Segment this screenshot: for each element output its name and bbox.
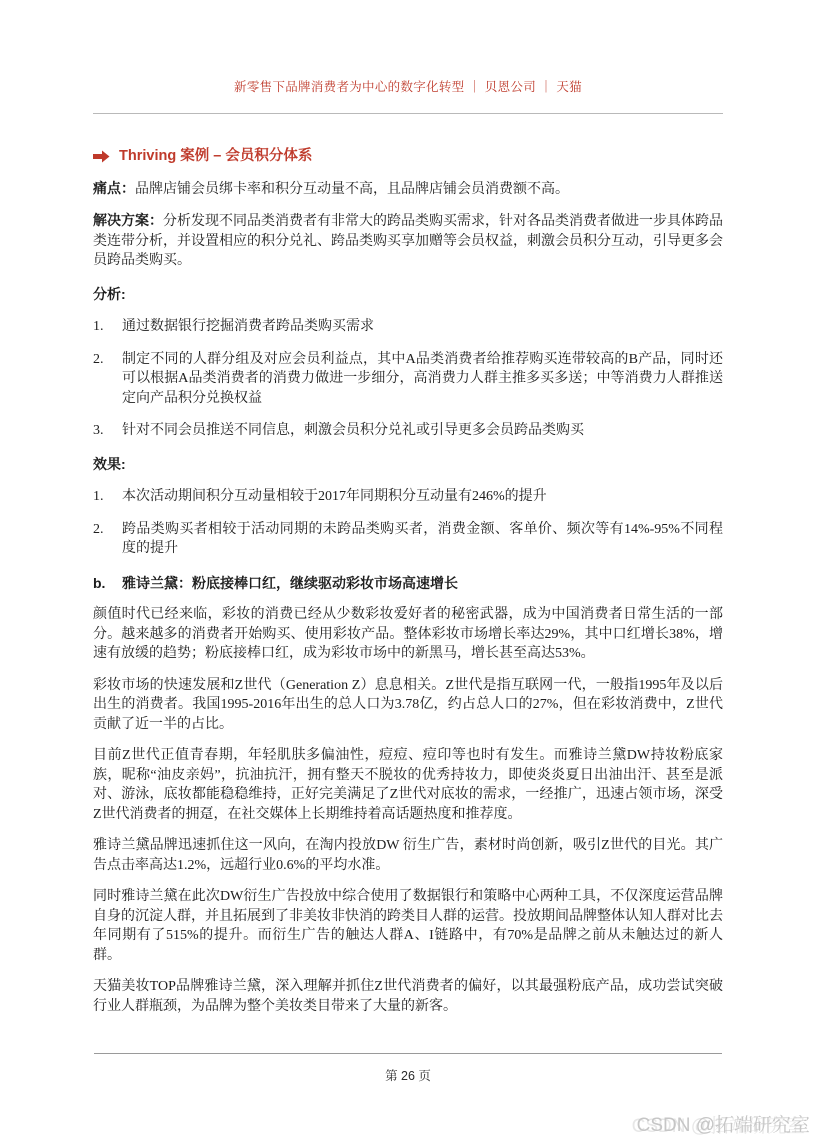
body-paragraph: 雅诗兰黛品牌迅速抓住这一风向，在淘内投放DW 衍生广告，素材时尚创新，吸引Z世代… bbox=[93, 836, 723, 875]
list-item-text: 针对不同会员推送不同信息，刺激会员积分兑礼或引导更多会员跨品类购买 bbox=[122, 421, 723, 441]
list-item-number: 1. bbox=[93, 317, 122, 337]
arrow-right-icon bbox=[93, 150, 110, 163]
list-item-number: 2. bbox=[93, 520, 122, 559]
body-paragraph: 目前Z世代正值青春期，年轻肌肤多偏油性，痘痘、痘印等也时有发生。而雅诗兰黛DW持… bbox=[93, 746, 723, 824]
body-paragraph: 彩妆市场的快速发展和Z世代（Generation Z）息息相关。Z世代是指互联网… bbox=[93, 676, 723, 735]
pain-point-paragraph: 痛点：品牌店铺会员绑卡率和积分互动量不高，且品牌店铺会员消费额不高。 bbox=[93, 179, 723, 200]
analysis-label: 分析: bbox=[93, 285, 723, 305]
solution-text: 分析发现不同品类消费者有非常大的跨品类购买需求，针对各品类消费者做进一步具体跨品… bbox=[93, 214, 723, 268]
body-paragraph: 天猫美妆TOP品牌雅诗兰黛，深入理解并抓住Z世代消费者的偏好，以其最强粉底产品，… bbox=[93, 977, 723, 1016]
sub-section-heading: b. 雅诗兰黛：粉底接棒口红，继续驱动彩妆市场高速增长 bbox=[93, 574, 723, 594]
effect-label: 效果: bbox=[93, 455, 723, 475]
list-item-number: 1. bbox=[93, 487, 122, 507]
case-heading-text: Thriving 案例 – 会员积分体系 bbox=[119, 147, 312, 167]
effect-list: 1. 本次活动期间积分互动量相较于2017年同期积分互动量有246%的提升 2.… bbox=[93, 487, 723, 559]
list-item: 1. 本次活动期间积分互动量相较于2017年同期积分互动量有246%的提升 bbox=[93, 487, 723, 507]
list-item-text: 本次活动期间积分互动量相较于2017年同期积分互动量有246%的提升 bbox=[122, 487, 723, 507]
body-paragraph: 同时雅诗兰黛在此次DW衍生广告投放中综合使用了数据银行和策略中心两种工具，不仅深… bbox=[93, 887, 723, 965]
csdn-watermark: CSDN @拓端研究室 bbox=[637, 1110, 810, 1137]
list-item-text: 跨品类购买者相较于活动同期的未跨品类购买者，消费金额、客单价、频次等有14%-9… bbox=[122, 520, 723, 559]
header-divider bbox=[93, 113, 723, 114]
analysis-list: 1. 通过数据银行挖掘消费者跨品类购买需求 2. 制定不同的人群分组及对应会员利… bbox=[93, 317, 723, 441]
footer-divider bbox=[94, 1053, 722, 1054]
list-item-number: 3. bbox=[93, 421, 122, 441]
page-content: Thriving 案例 – 会员积分体系 痛点：品牌店铺会员绑卡率和积分互动量不… bbox=[93, 113, 723, 1016]
list-item-text: 制定不同的人群分组及对应会员利益点，其中A品类消费者给推荐购买连带较高的B产品，… bbox=[122, 350, 723, 409]
solution-label: 解决方案： bbox=[93, 212, 163, 228]
document-page: { "colors": { "accent_red": "#bf3a2b", "… bbox=[0, 0, 816, 1145]
document-header-title: 新零售下品牌消费者为中心的数字化转型 ｜ 贝恩公司 ｜ 天猫 bbox=[0, 79, 816, 96]
sub-section-prefix: b. bbox=[93, 574, 122, 594]
list-item: 2. 跨品类购买者相较于活动同期的未跨品类购买者，消费金额、客单价、频次等有14… bbox=[93, 520, 723, 559]
page-header: 新零售下品牌消费者为中心的数字化转型 ｜ 贝恩公司 ｜ 天猫 bbox=[0, 0, 816, 96]
list-item: 2. 制定不同的人群分组及对应会员利益点，其中A品类消费者给推荐购买连带较高的B… bbox=[93, 350, 723, 409]
list-item-number: 2. bbox=[93, 350, 122, 409]
page-number: 第 26 页 bbox=[0, 1066, 816, 1084]
list-item: 1. 通过数据银行挖掘消费者跨品类购买需求 bbox=[93, 317, 723, 337]
solution-paragraph: 解决方案：分析发现不同品类消费者有非常大的跨品类购买需求，针对各品类消费者做进一… bbox=[93, 211, 723, 271]
list-item: 3. 针对不同会员推送不同信息，刺激会员积分兑礼或引导更多会员跨品类购买 bbox=[93, 421, 723, 441]
sub-section-title: 雅诗兰黛：粉底接棒口红，继续驱动彩妆市场高速增长 bbox=[122, 574, 458, 594]
case-heading: Thriving 案例 – 会员积分体系 bbox=[93, 147, 723, 167]
list-item-text: 通过数据银行挖掘消费者跨品类购买需求 bbox=[122, 317, 723, 337]
pain-point-text: 品牌店铺会员绑卡率和积分互动量不高，且品牌店铺会员消费额不高。 bbox=[135, 182, 569, 197]
body-paragraph: 颜值时代已经来临，彩妆的消费已经从少数彩妆爱好者的秘密武器，成为中国消费者日常生… bbox=[93, 605, 723, 664]
pain-point-label: 痛点： bbox=[93, 180, 135, 196]
